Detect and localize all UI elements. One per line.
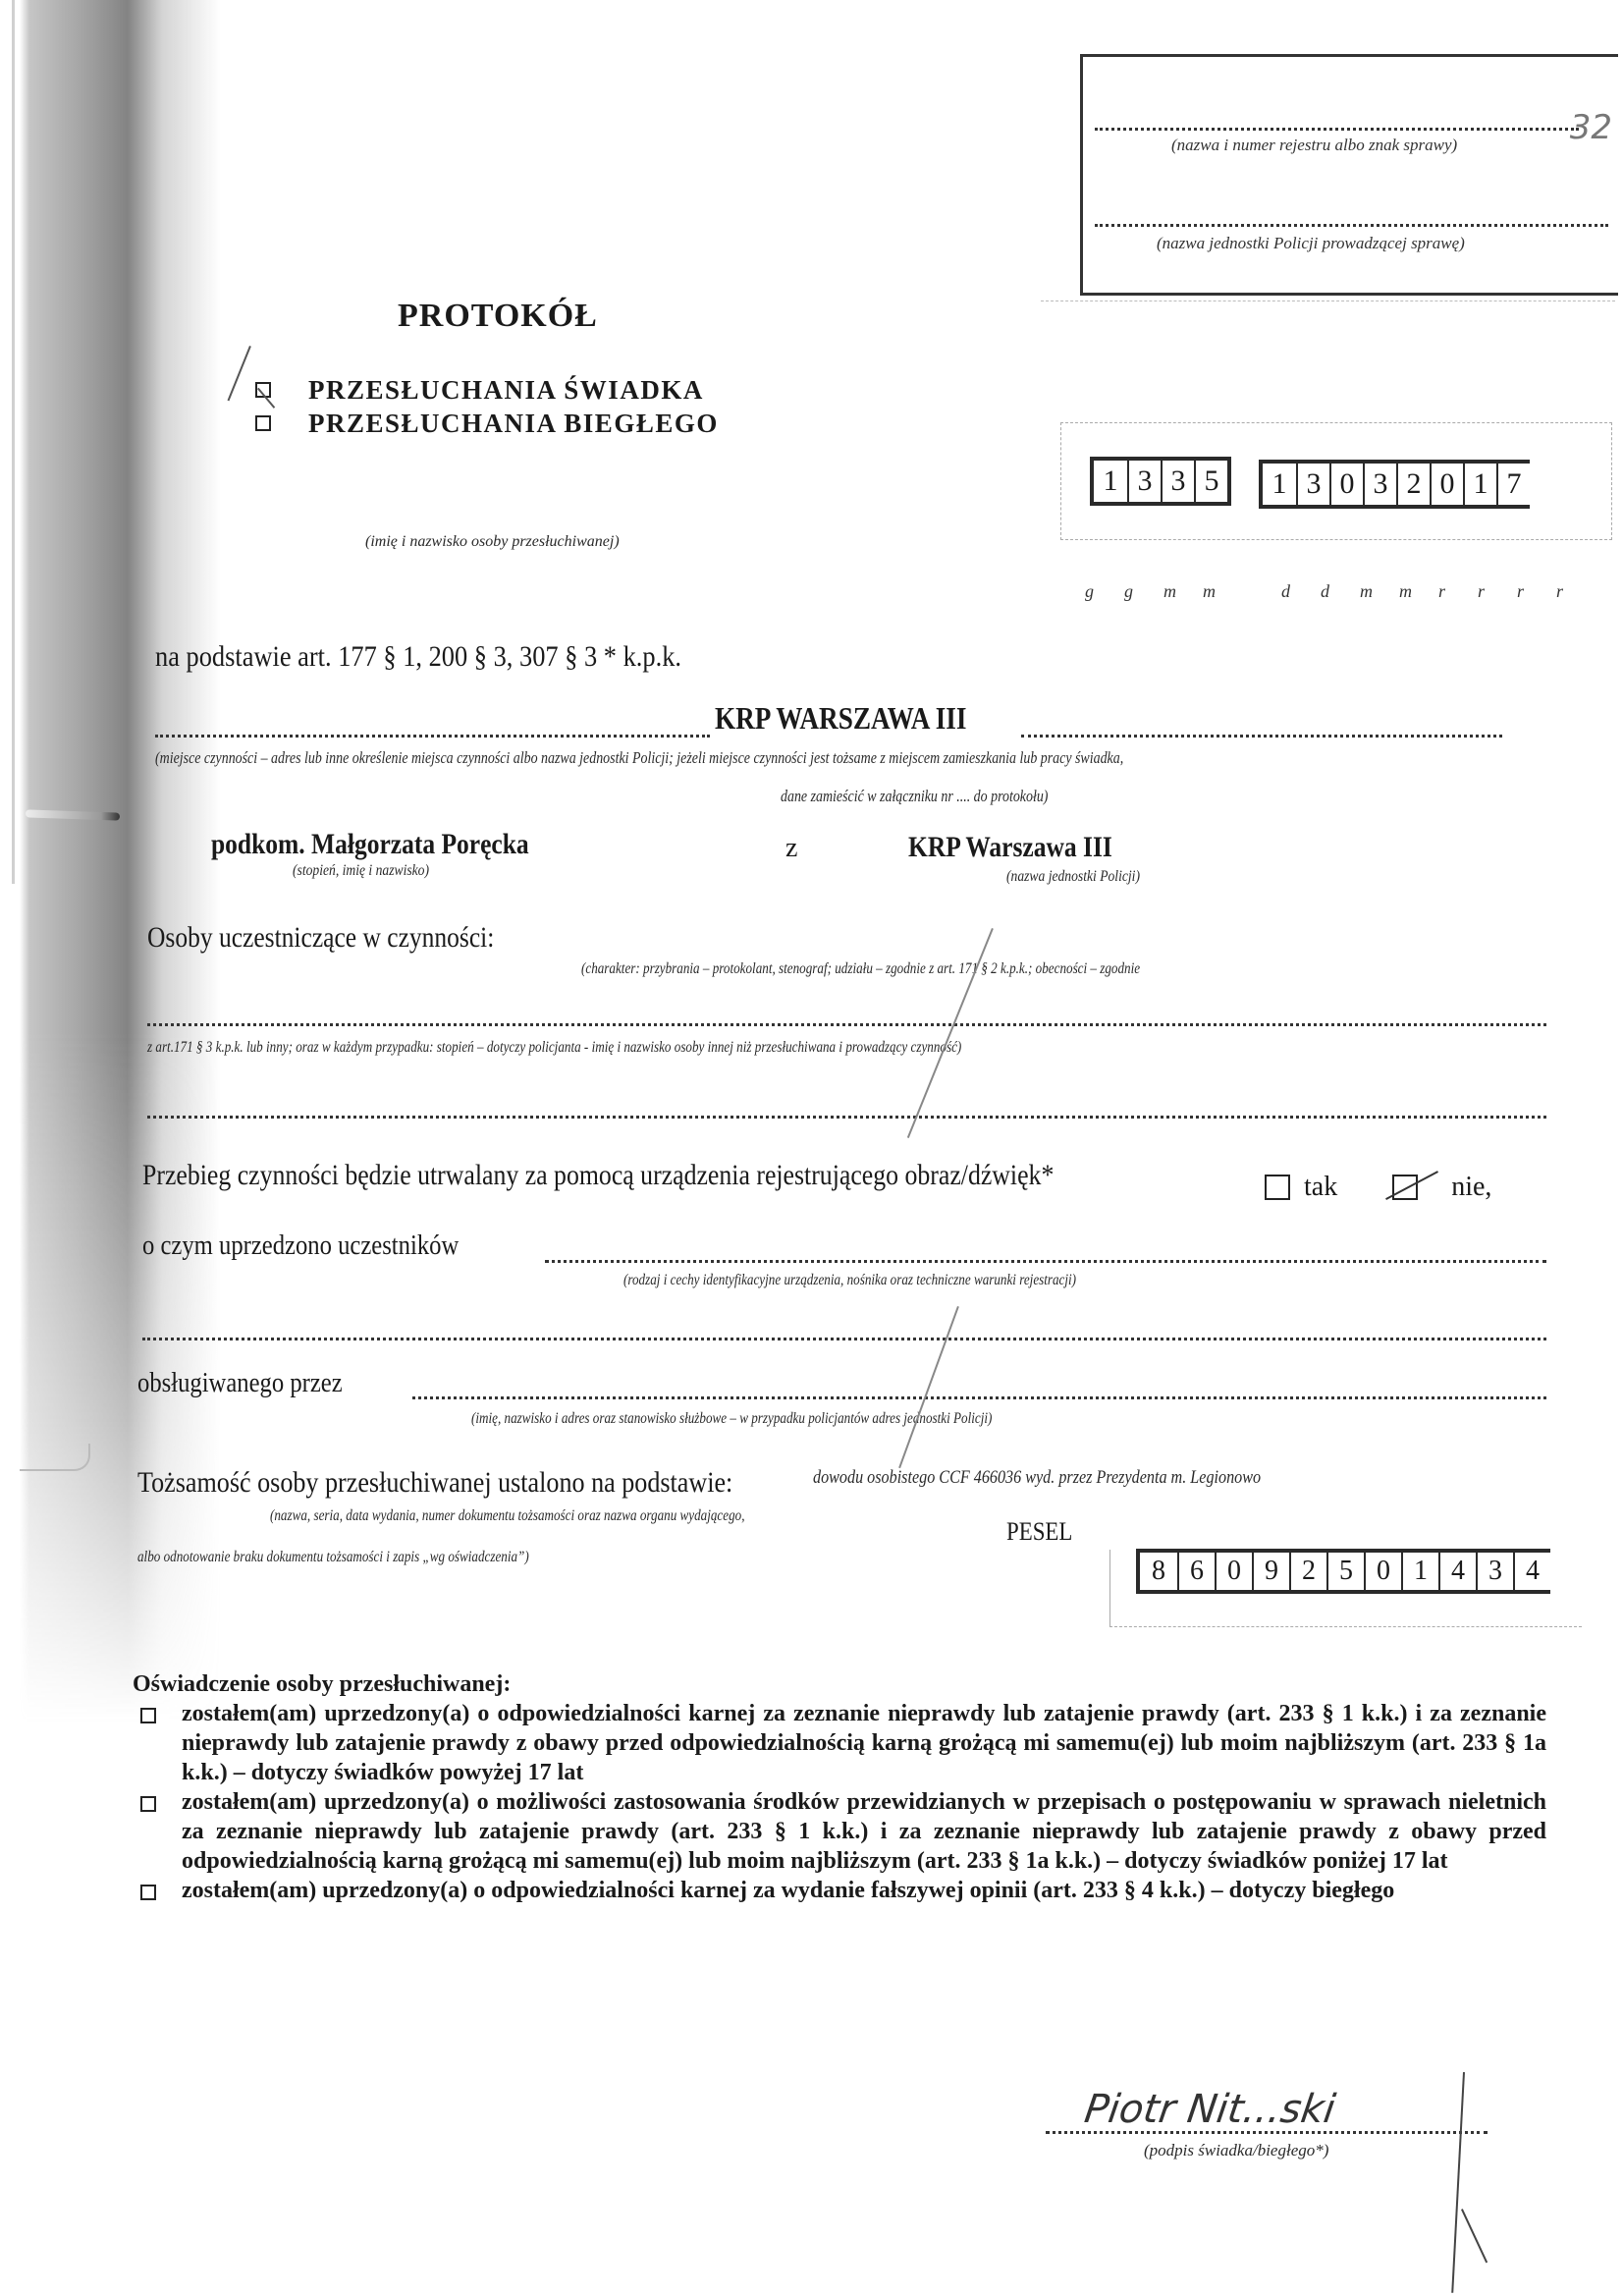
declaration-item-text: zostałem(am) uprzedzony(a) o możliwości … <box>182 1789 1546 1874</box>
police-unit-hint: (nazwa jednostki Policji prowadzącej spr… <box>1157 234 1465 253</box>
scan-shadow <box>0 0 226 2296</box>
legal-basis: na podstawie art. 177 § 1, 200 § 3, 307 … <box>155 640 681 674</box>
recording-question: Przebieg czynności będzie utrwalany za p… <box>142 1159 1054 1192</box>
datetime-legend: ggmmddmmrrrr <box>1085 581 1596 602</box>
checkmark-icon <box>228 346 251 401</box>
declaration-item-adult[interactable]: zostałem(am) uprzedzony(a) o odpowiedzia… <box>133 1699 1546 1787</box>
datetime-legend-letter: r <box>1478 581 1517 602</box>
checkbox-declaration-adult[interactable] <box>140 1708 156 1723</box>
participants-label: Osoby uczestniczące w czynności: <box>147 921 494 955</box>
interviewee-name-hint: (imię i nazwisko osoby przesłuchiwanej) <box>365 533 620 551</box>
scan-edge <box>12 0 15 884</box>
officer-name[interactable]: podkom. Małgorzata Poręcka <box>211 828 529 861</box>
pesel-digit-7[interactable]: 1 <box>1401 1553 1438 1590</box>
document-title: PROTOKÓŁ <box>398 298 598 335</box>
option-expert-label: PRZESŁUCHANIA BIEGŁEGO <box>308 409 719 439</box>
officer-signature-stroke <box>1451 2072 1465 2293</box>
officer-unit-hint: (nazwa jednostki Policji) <box>1006 868 1140 886</box>
datetime-legend-letter <box>1242 581 1281 602</box>
datetime-legend-letter: g <box>1124 581 1163 602</box>
datetime-legend-letter: r <box>1438 581 1478 602</box>
informed-label: o czym uprzedzono uczestników <box>142 1230 459 1262</box>
recording-options: tak nie, <box>1265 1172 1491 1203</box>
date-digit-0[interactable]: 1 <box>1263 464 1296 505</box>
time-digit-3[interactable]: 5 <box>1194 461 1227 502</box>
datetime-legend-letter: m <box>1163 581 1203 602</box>
informed-hint: (rodzaj i cechy identyfikacyjne urządzen… <box>623 1272 1076 1289</box>
checkbox-declaration-minor[interactable] <box>140 1796 156 1812</box>
participants-hint-line1: (charakter: przybrania – protokolant, st… <box>581 960 1140 978</box>
pesel-digit-0[interactable]: 8 <box>1140 1553 1177 1590</box>
date-digit-7[interactable]: 7 <box>1496 464 1530 505</box>
place-dots-right <box>1021 735 1502 738</box>
checkbox-recording-yes[interactable] <box>1265 1175 1290 1200</box>
date-digit-2[interactable]: 0 <box>1329 464 1363 505</box>
police-unit-field[interactable] <box>1095 224 1608 227</box>
participants-hint-line2: z art.171 § 3 k.p.k. lub inny; oraz w ka… <box>147 1039 961 1057</box>
informed-field[interactable] <box>545 1260 1546 1263</box>
date-digit-6[interactable]: 1 <box>1463 464 1496 505</box>
option-witness-label: PRZESŁUCHANIA ŚWIADKA <box>308 375 704 406</box>
date-digit-boxes[interactable]: 13032017 <box>1259 460 1530 509</box>
identity-document[interactable]: dowodu osobistego CCF 466036 wyd. przez … <box>813 1467 1261 1489</box>
declaration-section: Oświadczenie osoby przesłuchiwanej: zost… <box>133 1669 1546 1905</box>
datetime-legend-letter: r <box>1556 581 1596 602</box>
pesel-digit-boxes[interactable]: 86092501434 <box>1136 1549 1550 1594</box>
checkbox-recording-no[interactable] <box>1392 1175 1418 1200</box>
date-digit-5[interactable]: 0 <box>1430 464 1463 505</box>
datetime-legend-letter: m <box>1399 581 1438 602</box>
pesel-label: PESEL <box>1006 1517 1072 1547</box>
date-digit-4[interactable]: 2 <box>1396 464 1430 505</box>
recording-yes-label: tak <box>1304 1172 1337 1203</box>
pesel-digit-8[interactable]: 4 <box>1438 1553 1476 1590</box>
pesel-digit-4[interactable]: 2 <box>1289 1553 1326 1590</box>
pesel-digit-3[interactable]: 9 <box>1252 1553 1289 1590</box>
declaration-item-text: zostałem(am) uprzedzony(a) o odpowiedzia… <box>182 1878 1394 1903</box>
hearing-type-options: PRZESŁUCHANIA ŚWIADKA PRZESŁUCHANIA BIEG… <box>255 373 719 440</box>
pesel-digit-6[interactable]: 0 <box>1364 1553 1401 1590</box>
case-register-field[interactable] <box>1095 128 1579 131</box>
recording-no-label: nie, <box>1451 1172 1491 1203</box>
place-dots-left <box>155 735 710 738</box>
scan-mark <box>20 1444 90 1471</box>
time-digit-2[interactable]: 3 <box>1161 461 1194 502</box>
divider <box>1041 301 1615 301</box>
checkmark-icon <box>1385 1171 1438 1200</box>
signature-hint: (podpis świadka/biegłego*) <box>1144 2141 1328 2160</box>
operated-label: obsługiwanego przez <box>137 1368 343 1399</box>
checkbox-declaration-expert[interactable] <box>140 1885 156 1900</box>
participants-field-2[interactable] <box>147 1116 1546 1119</box>
datetime-legend-letter: d <box>1321 581 1360 602</box>
case-register-hint: (nazwa i numer rejestru albo znak sprawy… <box>1171 136 1457 155</box>
pesel-digit-10[interactable]: 4 <box>1513 1553 1550 1590</box>
pesel-digit-2[interactable]: 0 <box>1215 1553 1252 1590</box>
option-expert[interactable]: PRZESŁUCHANIA BIEGŁEGO <box>255 407 719 440</box>
pesel-digit-1[interactable]: 6 <box>1177 1553 1215 1590</box>
strike-through-line <box>898 1306 959 1468</box>
informed-field-2[interactable] <box>142 1338 1546 1340</box>
place-hint-line1: (miejsce czynności – adres lub inne okre… <box>155 748 1123 768</box>
officer-connector: z <box>785 833 797 864</box>
time-digit-0[interactable]: 1 <box>1094 461 1127 502</box>
declaration-heading: Oświadczenie osoby przesłuchiwanej: <box>133 1669 1546 1699</box>
case-register-box: (nazwa i numer rejestru albo znak sprawy… <box>1080 54 1618 296</box>
datetime-legend-letter: m <box>1203 581 1242 602</box>
signature-line[interactable] <box>1046 2131 1488 2134</box>
time-digit-1[interactable]: 3 <box>1127 461 1161 502</box>
identity-hint-line1: (nazwa, seria, data wydania, numer dokum… <box>270 1507 744 1525</box>
declaration-item-text: zostałem(am) uprzedzony(a) o odpowiedzia… <box>182 1701 1546 1785</box>
declaration-item-expert[interactable]: zostałem(am) uprzedzony(a) o odpowiedzia… <box>133 1876 1546 1905</box>
identity-hint-line2: albo odnotowanie braku dokumentu tożsamo… <box>137 1549 529 1566</box>
date-digit-3[interactable]: 3 <box>1363 464 1396 505</box>
place-hint-line2: dane zamieścić w załączniku nr .... do p… <box>781 787 1048 806</box>
datetime-legend-letter: d <box>1281 581 1321 602</box>
declaration-item-minor[interactable]: zostałem(am) uprzedzony(a) o możliwości … <box>133 1787 1546 1876</box>
checkbox-expert[interactable] <box>255 415 271 431</box>
place-value[interactable]: KRP WARSZAWA III <box>715 700 966 737</box>
datetime-legend-letter: g <box>1085 581 1124 602</box>
date-digit-1[interactable]: 3 <box>1296 464 1329 505</box>
officer-signature-stroke <box>1461 2209 1488 2263</box>
datetime-legend-letter: m <box>1360 581 1399 602</box>
time-digit-boxes[interactable]: 1335 <box>1090 457 1231 506</box>
option-witness[interactable]: PRZESŁUCHANIA ŚWIADKA <box>255 373 719 407</box>
pesel-digit-5[interactable]: 5 <box>1326 1553 1364 1590</box>
participants-field-1[interactable] <box>147 1023 1546 1026</box>
identity-label: Tożsamość osoby przesłuchiwanej ustalono… <box>137 1466 732 1500</box>
officer-name-hint: (stopień, imię i nazwisko) <box>293 862 429 880</box>
operated-field[interactable] <box>412 1396 1546 1399</box>
witness-signature: Piotr Nit...ski <box>1082 2087 1338 2132</box>
handwritten-page-number: 32 <box>1570 108 1612 147</box>
officer-unit[interactable]: KRP Warszawa III <box>908 831 1112 864</box>
pesel-digit-9[interactable]: 3 <box>1476 1553 1513 1590</box>
datetime-legend-letter: r <box>1517 581 1556 602</box>
